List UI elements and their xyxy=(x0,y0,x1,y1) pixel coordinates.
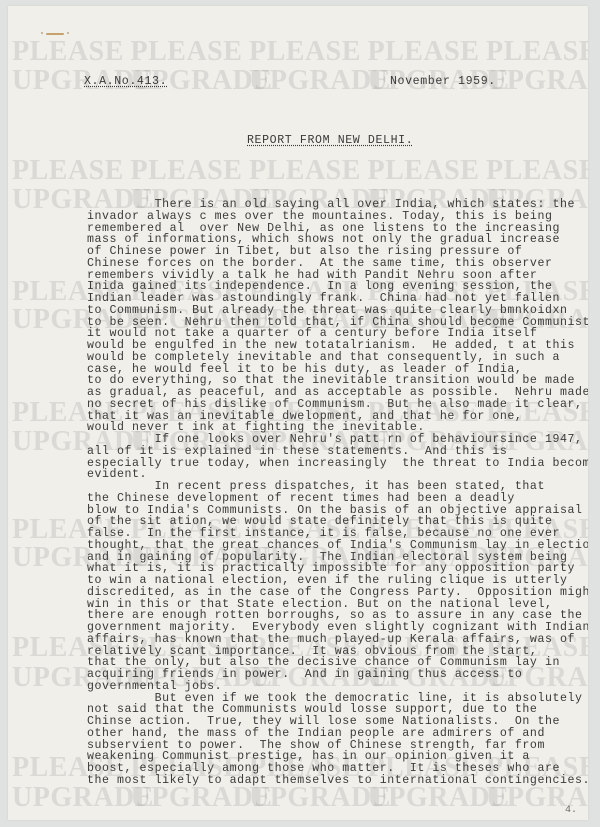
watermark-text: PLEASE xyxy=(249,36,355,68)
text-line: of Chinese power in Tibet, but also the … xyxy=(87,246,588,258)
watermark-row: PLEASE PLEASE PLEASE PLEASE PLEASE xyxy=(12,155,588,187)
watermark-text: PLEASE xyxy=(486,36,588,68)
text-line: as gradual, as peaceful, and as acceptab… xyxy=(87,387,588,399)
text-line: the most likely to adapt themselves to i… xyxy=(87,775,588,787)
text-line: false. In the first instance, it is fals… xyxy=(87,528,588,540)
watermark-text: PLEASE xyxy=(12,36,118,68)
watermark-text: PLEASE xyxy=(131,36,237,68)
text-line: Chinse action. True, they will lose some… xyxy=(87,716,588,728)
ink-mark xyxy=(46,33,64,35)
watermark-text: PLEASE xyxy=(131,155,237,187)
text-line: thought, that the great chances of India… xyxy=(87,540,588,552)
text-line: Indian leader was astoundingly frank. Ch… xyxy=(87,293,588,305)
watermark-text: UPGRADE xyxy=(12,782,118,814)
document-title: REPORT FROM NEW DELHI. xyxy=(247,134,413,147)
text-line: discredited, as in the case of the Congr… xyxy=(87,587,588,599)
text-line: other hand, the mass of the Indian peopl… xyxy=(87,728,588,740)
text-line: to Communism. But already the threat was… xyxy=(87,305,588,317)
text-line: If one looks over Nehru's patt rn of beh… xyxy=(87,434,588,446)
watermark-row: PLEASE PLEASE PLEASE PLEASE PLEASE xyxy=(12,36,588,68)
ink-mark-dot xyxy=(67,32,69,34)
text-line: to win a national election, even if the … xyxy=(87,575,588,587)
text-line: would be completely inevitable and that … xyxy=(87,352,588,364)
document-page: PLEASE PLEASE PLEASE PLEASE PLEASE UPGRA… xyxy=(8,6,588,820)
text-line: the Chinese development of recent times … xyxy=(87,493,588,505)
watermark-text: PLEASE xyxy=(368,36,474,68)
text-line: all of it is explained in these statemen… xyxy=(87,446,588,458)
ink-mark-dot xyxy=(41,32,43,34)
watermark-text: PLEASE xyxy=(12,155,118,187)
text-line: invador always c mes over the mountaines… xyxy=(87,211,588,223)
watermark-text: UPGRADE xyxy=(131,782,237,814)
watermark-text: PLEASE xyxy=(249,155,355,187)
text-line: boost, especially among those who matter… xyxy=(87,763,588,775)
text-line: There is an old saying all over India, w… xyxy=(87,199,588,211)
watermark-text: PLEASE xyxy=(486,155,588,187)
page-number: 4. xyxy=(565,805,577,816)
watermark-text: UPGRADE xyxy=(249,65,355,97)
watermark-text: UPGRADE xyxy=(486,65,588,97)
watermark-row: UPGRADE UPGRADE UPGRADE UPGRADE UPGRADE xyxy=(12,782,588,814)
watermark-text: UPGRADE xyxy=(249,782,355,814)
watermark-text: UPGRADE xyxy=(368,782,474,814)
text-line: would be engulfed in the new totatalrian… xyxy=(87,340,588,352)
text-line: acquiring friends in power. And in gaini… xyxy=(87,669,588,681)
text-line: Chinese forces on the border. At the sam… xyxy=(87,258,588,270)
text-line: especially true today, when increasingly… xyxy=(87,458,588,470)
watermark-text: PLEASE xyxy=(368,155,474,187)
text-line: In recent press dispatches, it has been … xyxy=(87,481,588,493)
reference-number: X.A.No.413. xyxy=(84,75,167,88)
text-line: affairs, has known that the much played-… xyxy=(87,634,588,646)
document-date: November 1959. xyxy=(390,75,496,88)
body-text: There is an old saying all over India, w… xyxy=(87,199,588,787)
text-line: government majority. Everybody even slig… xyxy=(87,622,588,634)
text-line: governmental jobs. xyxy=(87,681,588,693)
text-line: no secret of his dislike of Communism. B… xyxy=(87,399,588,411)
